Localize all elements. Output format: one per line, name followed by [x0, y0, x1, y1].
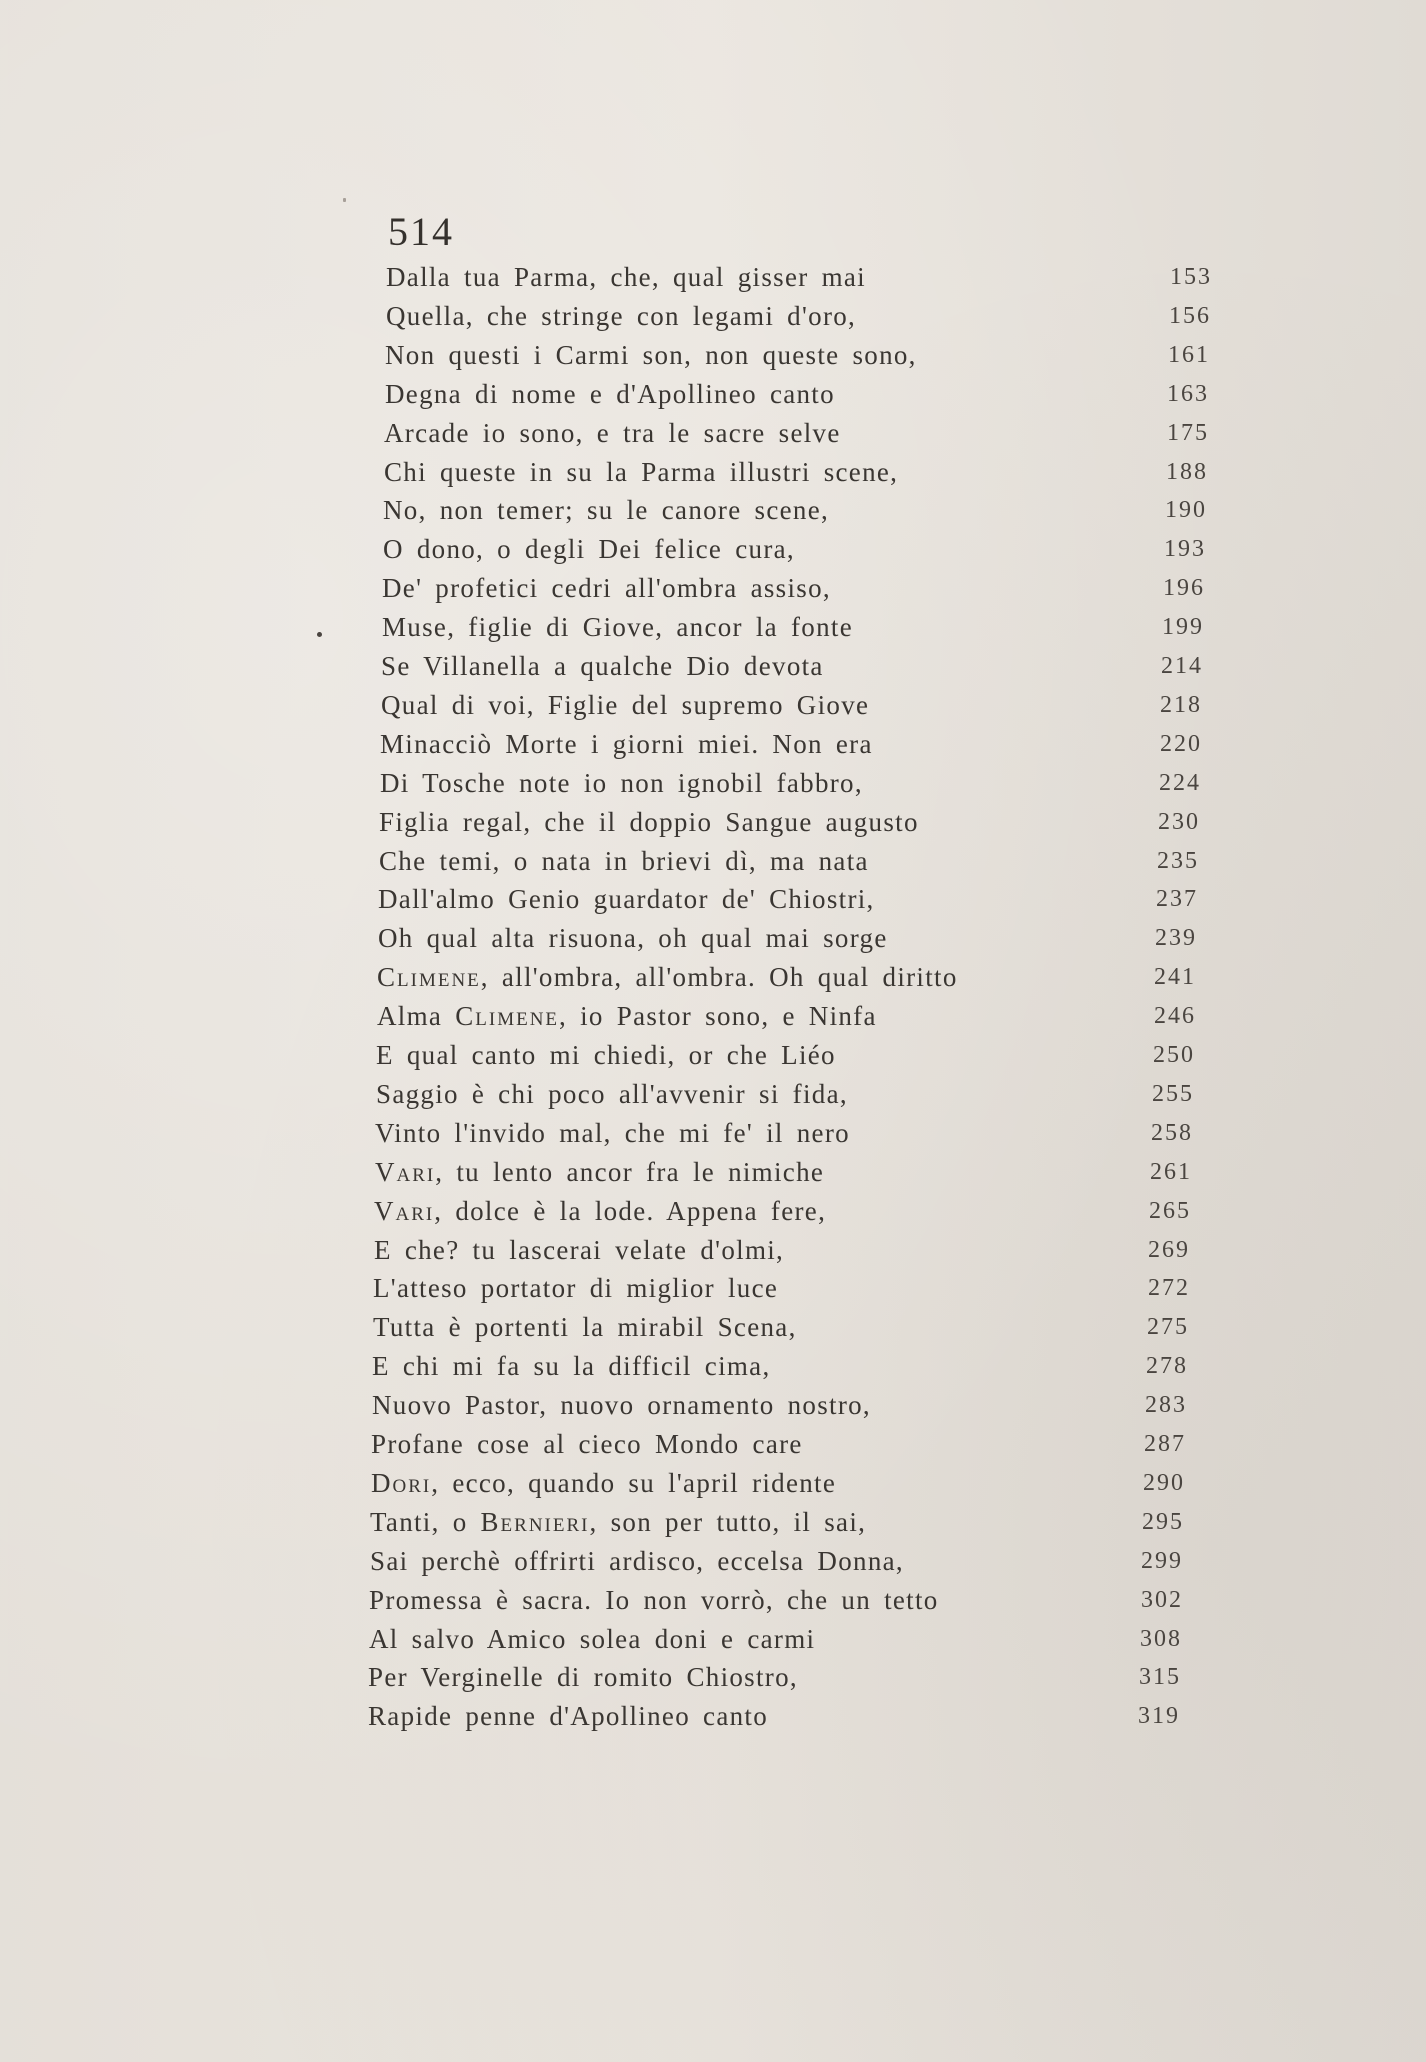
first-line-text: E chi mi fa su la difficil cima, [372, 1351, 771, 1382]
entry-page-number: 214 [1161, 653, 1203, 680]
proper-name-smallcaps: Dori [371, 1468, 431, 1498]
first-line-text: Alma Climene, io Pastor sono, e Ninfa [377, 1001, 877, 1032]
first-line-text: Profane cose al cieco Mondo care [371, 1429, 803, 1460]
entry-page-number: 235 [1157, 848, 1199, 875]
entry-page-number: 196 [1163, 575, 1205, 602]
entry-page-number: 241 [1154, 964, 1196, 991]
first-line-text: Vari, dolce è la lode. Appena fere, [374, 1196, 826, 1227]
entry-page-number: 283 [1145, 1392, 1187, 1419]
index-entry: Dori, ecco, quando su l'april ridente290 [0, 1468, 1426, 1504]
index-entry: Tutta è portenti la mirabil Scena,275 [0, 1312, 1426, 1348]
entry-page-number: 290 [1143, 1470, 1185, 1497]
entry-page-number: 220 [1160, 731, 1202, 758]
entry-page-number: 278 [1146, 1353, 1188, 1380]
first-line-text: Degna di nome e d'Apollineo canto [385, 379, 835, 410]
index-entry: O dono, o degli Dei felice cura,193 [0, 534, 1426, 570]
book-page: 514 Dalla tua Parma, che, qual gisser ma… [0, 0, 1426, 2062]
first-line-text: Nuovo Pastor, nuovo ornamento nostro, [372, 1390, 871, 1421]
entry-page-number: 218 [1160, 692, 1202, 719]
first-line-text: Che temi, o nata in brievi dì, ma nata [379, 846, 869, 877]
index-entry: Se Villanella a qualche Dio devota214 [0, 651, 1426, 687]
first-line-text: Muse, figlie di Giove, ancor la fonte [382, 612, 853, 643]
first-line-text: Tutta è portenti la mirabil Scena, [373, 1312, 797, 1343]
index-entry: E chi mi fa su la difficil cima,278 [0, 1351, 1426, 1387]
entry-page-number: 299 [1141, 1548, 1183, 1575]
proper-name-smallcaps: Vari [375, 1157, 435, 1187]
index-entry: Alma Climene, io Pastor sono, e Ninfa246 [0, 1001, 1426, 1037]
proper-name-smallcaps: Vari [374, 1196, 434, 1226]
index-entry: Vari, tu lento ancor fra le nimiche261 [0, 1157, 1426, 1193]
entry-page-number: 272 [1148, 1275, 1190, 1302]
index-entry: Vinto l'invido mal, che mi fe' il nero25… [0, 1118, 1426, 1154]
first-line-text: Quella, che stringe con legami d'oro, [386, 301, 856, 332]
entry-page-number: 239 [1155, 925, 1197, 952]
index-entry: Climene, all'ombra, all'ombra. Oh qual d… [0, 962, 1426, 998]
index-entry: Tanti, o Bernieri, son per tutto, il sai… [0, 1507, 1426, 1543]
first-line-text: O dono, o degli Dei felice cura, [383, 534, 795, 565]
first-line-text: Saggio è chi poco all'avvenir si fida, [376, 1079, 848, 1110]
index-entry: No, non temer; su le canore scene,190 [0, 495, 1426, 531]
first-line-text: Chi queste in su la Parma illustri scene… [384, 457, 898, 488]
first-line-text: Rapide penne d'Apollineo canto [368, 1701, 768, 1732]
index-entry: Dalla tua Parma, che, qual gisser mai153 [0, 262, 1426, 298]
entry-page-number: 161 [1168, 342, 1210, 369]
first-line-text: L'atteso portator di miglior luce [373, 1273, 778, 1304]
index-entry: Muse, figlie di Giove, ancor la fonte199 [0, 612, 1426, 648]
first-line-text: Vinto l'invido mal, che mi fe' il nero [375, 1118, 850, 1149]
first-line-text: Oh qual alta risuona, oh qual mai sorge [378, 923, 888, 954]
first-line-text: Dori, ecco, quando su l'april ridente [371, 1468, 836, 1499]
entry-page-number: 246 [1154, 1003, 1196, 1030]
entry-page-number: 193 [1164, 536, 1206, 563]
entry-page-number: 250 [1153, 1042, 1195, 1069]
entry-page-number: 156 [1169, 303, 1211, 330]
index-entry: Profane cose al cieco Mondo care287 [0, 1429, 1426, 1465]
entry-page-number: 230 [1158, 809, 1200, 836]
first-line-text: Promessa è sacra. Io non vorrò, che un t… [369, 1585, 939, 1616]
entry-page-number: 258 [1151, 1120, 1193, 1147]
index-entry: Minacciò Morte i giorni miei. Non era220 [0, 729, 1426, 765]
entry-page-number: 275 [1147, 1314, 1189, 1341]
first-line-text: Minacciò Morte i giorni miei. Non era [380, 729, 873, 760]
proper-name-smallcaps: Bernieri [481, 1507, 590, 1537]
first-line-text: Di Tosche note io non ignobil fabbro, [380, 768, 863, 799]
entry-page-number: 287 [1144, 1431, 1186, 1458]
index-entry: E che? tu lascerai velate d'olmi,269 [0, 1235, 1426, 1271]
entry-page-number: 255 [1152, 1081, 1194, 1108]
index-entry: Rapide penne d'Apollineo canto319 [0, 1701, 1426, 1737]
first-line-text: Sai perchè offrirti ardisco, eccelsa Don… [370, 1546, 904, 1577]
entry-page-number: 265 [1149, 1198, 1191, 1225]
first-line-text: E che? tu lascerai velate d'olmi, [374, 1235, 784, 1266]
entry-page-number: 224 [1159, 770, 1201, 797]
entry-page-number: 315 [1139, 1664, 1181, 1691]
first-line-text: Dall'almo Genio guardator de' Chiostri, [378, 884, 875, 915]
first-line-text: Vari, tu lento ancor fra le nimiche [375, 1157, 824, 1188]
first-line-text: Climene, all'ombra, all'ombra. Oh qual d… [377, 962, 958, 993]
index-entry: Qual di voi, Figlie del supremo Giove218 [0, 690, 1426, 726]
entry-page-number: 261 [1150, 1159, 1192, 1186]
first-line-text: Se Villanella a qualche Dio devota [381, 651, 824, 682]
entry-page-number: 190 [1165, 497, 1207, 524]
proper-name-smallcaps: Climene [377, 962, 481, 992]
index-entry: Promessa è sacra. Io non vorrò, che un t… [0, 1585, 1426, 1621]
paper-speck [343, 198, 346, 202]
index-entry: Arcade io sono, e tra le sacre selve175 [0, 418, 1426, 454]
entry-page-number: 163 [1167, 381, 1209, 408]
index-entry: Di Tosche note io non ignobil fabbro,224 [0, 768, 1426, 804]
index-entry: Figlia regal, che il doppio Sangue augus… [0, 807, 1426, 843]
first-line-text: Non questi i Carmi son, non queste sono, [385, 340, 917, 371]
page-number: 514 [388, 208, 454, 255]
index-entry: Sai perchè offrirti ardisco, eccelsa Don… [0, 1546, 1426, 1582]
index-entry: E qual canto mi chiedi, or che Liéo250 [0, 1040, 1426, 1076]
first-line-text: Tanti, o Bernieri, son per tutto, il sai… [370, 1507, 866, 1538]
index-entry: Chi queste in su la Parma illustri scene… [0, 457, 1426, 493]
first-line-text: Qual di voi, Figlie del supremo Giove [381, 690, 869, 721]
entry-page-number: 199 [1162, 614, 1204, 641]
entry-page-number: 153 [1170, 264, 1212, 291]
index-entry: Saggio è chi poco all'avvenir si fida,25… [0, 1079, 1426, 1115]
index-entry: Al salvo Amico solea doni e carmi308 [0, 1624, 1426, 1660]
first-line-text: De' profetici cedri all'ombra assiso, [382, 573, 831, 604]
index-entry: Nuovo Pastor, nuovo ornamento nostro,283 [0, 1390, 1426, 1426]
entry-page-number: 302 [1141, 1587, 1183, 1614]
proper-name-smallcaps: Climene [455, 1001, 559, 1031]
first-line-text: Arcade io sono, e tra le sacre selve [384, 418, 841, 449]
entry-page-number: 237 [1156, 886, 1198, 913]
first-line-text: Figlia regal, che il doppio Sangue augus… [379, 807, 919, 838]
entry-page-number: 319 [1138, 1703, 1180, 1730]
entry-page-number: 175 [1167, 420, 1209, 447]
index-entry: Quella, che stringe con legami d'oro,156 [0, 301, 1426, 337]
entry-page-number: 308 [1140, 1626, 1182, 1653]
first-line-text: Dalla tua Parma, che, qual gisser mai [386, 262, 866, 293]
index-entry: Oh qual alta risuona, oh qual mai sorge2… [0, 923, 1426, 959]
first-line-text: No, non temer; su le canore scene, [383, 495, 829, 526]
first-line-text: Per Verginelle di romito Chiostro, [368, 1662, 798, 1693]
first-line-text: E qual canto mi chiedi, or che Liéo [376, 1040, 836, 1071]
index-entry: Vari, dolce è la lode. Appena fere,265 [0, 1196, 1426, 1232]
entry-page-number: 188 [1166, 459, 1208, 486]
entry-page-number: 269 [1148, 1237, 1190, 1264]
index-entry: Per Verginelle di romito Chiostro,315 [0, 1662, 1426, 1698]
index-entry: Degna di nome e d'Apollineo canto163 [0, 379, 1426, 415]
first-line-text: Al salvo Amico solea doni e carmi [369, 1624, 815, 1655]
index-entry: Dall'almo Genio guardator de' Chiostri,2… [0, 884, 1426, 920]
index-entry: Che temi, o nata in brievi dì, ma nata23… [0, 846, 1426, 882]
index-entry: De' profetici cedri all'ombra assiso,196 [0, 573, 1426, 609]
entry-page-number: 295 [1142, 1509, 1184, 1536]
index-entry: Non questi i Carmi son, non queste sono,… [0, 340, 1426, 376]
index-entry: L'atteso portator di miglior luce272 [0, 1273, 1426, 1309]
